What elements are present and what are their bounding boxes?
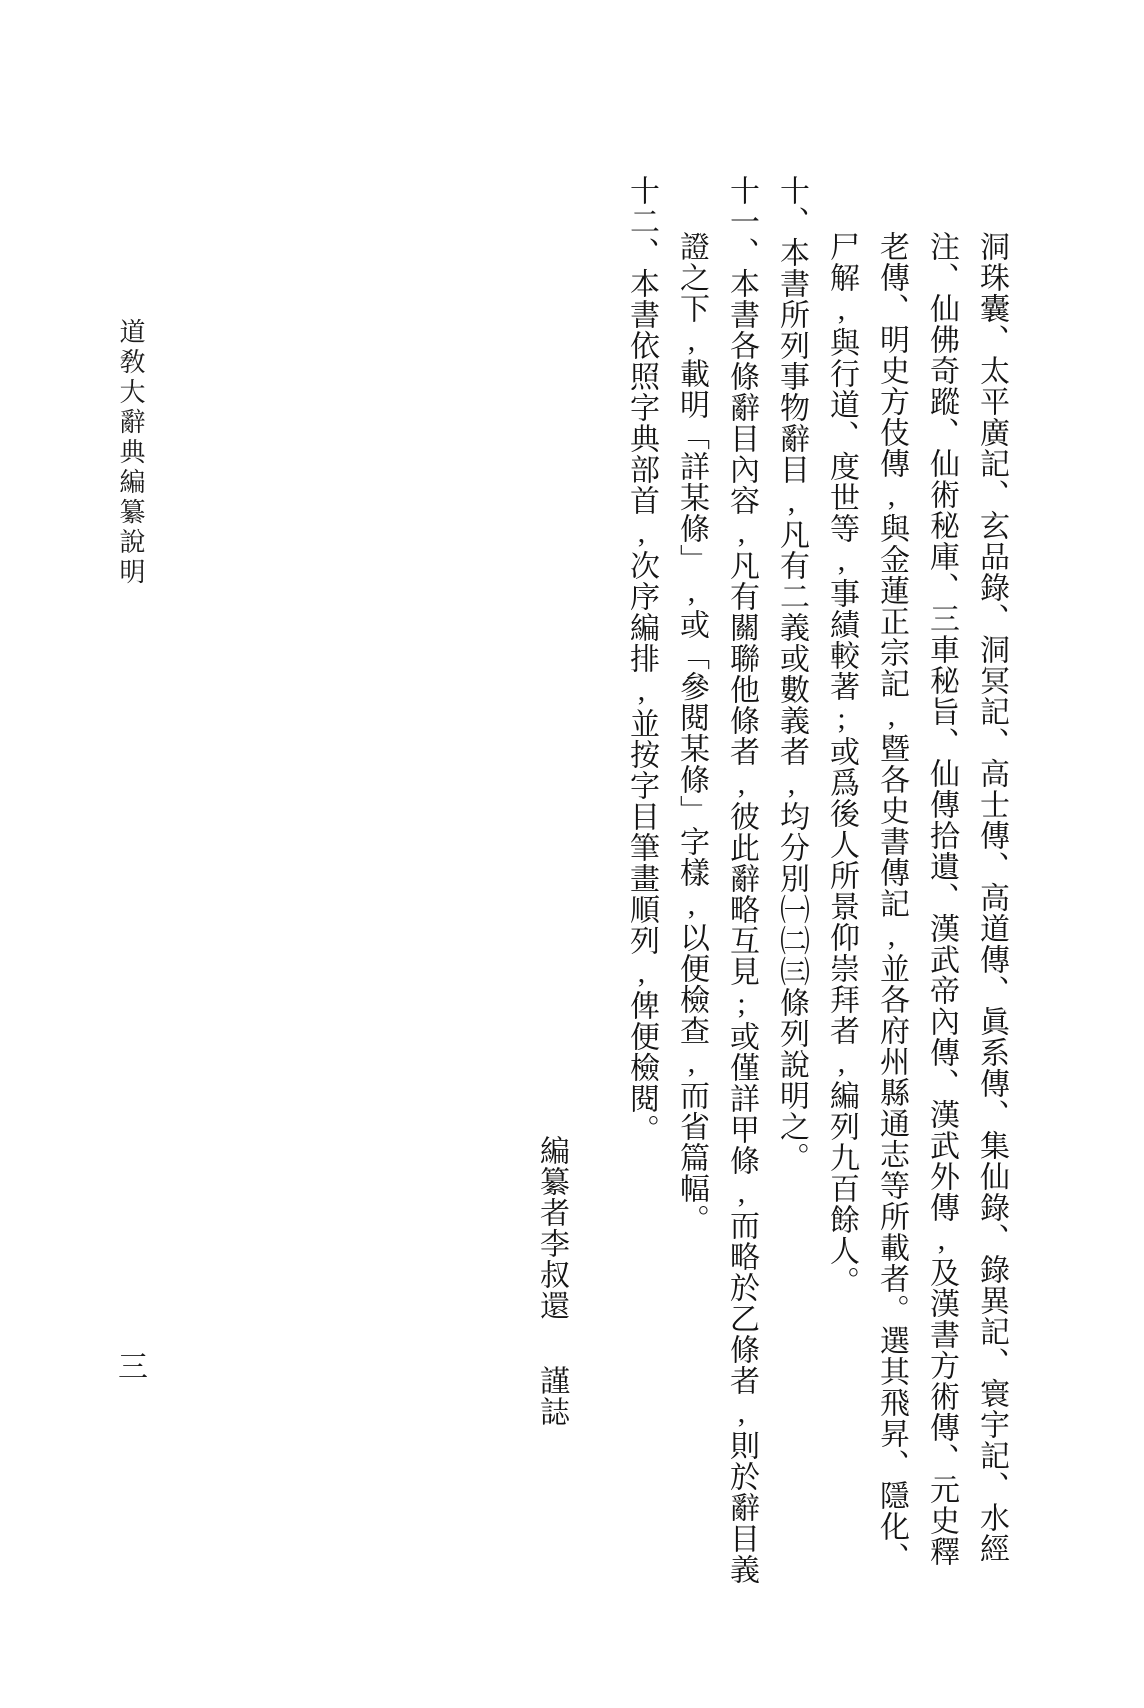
text-column-continuation-2: 注、仙佛奇蹤、仙術秘庫、三車秘旨、仙傳拾遺、漢武帝內傳、漢武外傳,及漢書方術傳、…: [916, 175, 966, 1625]
text-column-continuation-3: 老傳、明史方伎傳,與金蓮正宗記,暨各史書傳記,並各府州縣通志等所載者。選其飛昇、…: [866, 175, 916, 1625]
text-column-continuation-1: 洞珠囊、太平廣記、玄品錄、洞冥記、高士傳、高道傳、眞系傳、集仙錄、錄異記、寰宇記…: [966, 175, 1016, 1625]
signature-column: 編纂者李叔還謹誌: [526, 175, 576, 1625]
editor-credit: 編纂者李叔還: [535, 1135, 568, 1321]
text-column-item-12: 十二、本書依照字典部首,次序編排,並按字目筆畫順列,俾便檢閱。: [616, 175, 666, 1625]
page-number: 三: [118, 1342, 148, 1386]
main-text-block: 洞珠囊、太平廣記、玄品錄、洞冥記、高士傳、高道傳、眞系傳、集仙錄、錄異記、寰宇記…: [526, 175, 1016, 1625]
text-column-item-11: 十一、本書各條辭目內容,凡有關聯他條者,彼此辭略互見;或僅詳甲條,而略於乙條者,…: [716, 175, 766, 1625]
text-column-item-11-continuation: 證之下,載明﹁詳某條﹂,或﹁參閱某條﹂字樣,以便檢查,而省篇幅。: [666, 175, 716, 1625]
signature-respect-note: 謹誌: [535, 1365, 568, 1427]
side-running-title: 道敎大辭典編纂說明: [112, 318, 149, 588]
scanned-book-page: 道敎大辭典編纂說明 洞珠囊、太平廣記、玄品錄、洞冥記、高士傳、高道傳、眞系傳、集…: [0, 0, 1144, 1708]
text-column-item-10: 十、本書所列事物辭目,凡有二義或數義者,均分別㈠㈡㈢條列說明之。: [766, 175, 816, 1625]
text-column-continuation-4: 尸解,與行道、度世等,事績較著;或爲後人所景仰崇拜者,編列九百餘人。: [816, 175, 866, 1625]
